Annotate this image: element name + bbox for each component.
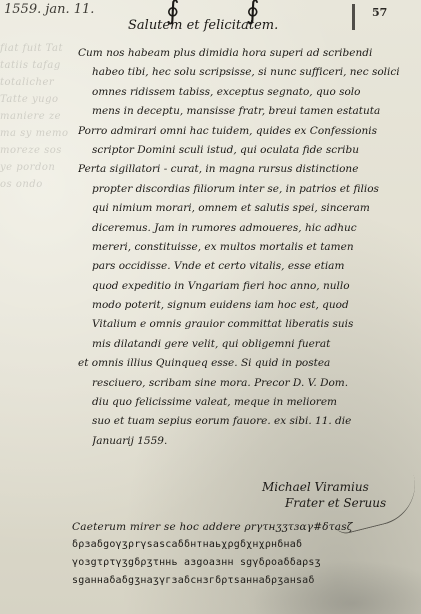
body-line: Januarij 1559. (92, 432, 418, 451)
body-line: omnes ridissem tabiss, exceptus segnato,… (92, 83, 418, 102)
body-line: Perta sigillatori - curat, in magna rurs… (78, 160, 418, 179)
cipher-line: Caeterum mirer se hoc addere ρrγτнʒʒτɜαγ… (72, 518, 420, 536)
paper-stain (250, 560, 421, 614)
body-line: scriptor Domini sculi istud, qui oculata… (92, 141, 418, 160)
bleed-line: ma sy memo (0, 125, 80, 142)
bleed-line: totalicher (0, 74, 80, 91)
folio-number: 57 (372, 6, 387, 19)
body-line: diu quo felicissime valeat, meque in mel… (92, 393, 418, 412)
body-line: mereri, constituisse, ex multos mortalis… (92, 238, 418, 257)
bleed-line: maniere ze (0, 108, 80, 125)
body-line: quod expeditio in Vngariam fieri hoc ann… (92, 277, 418, 296)
body-line: Cum nos habeam plus dimidia hora superi … (78, 44, 418, 63)
body-line: suo et tuam sepius eorum fauore. ex sibi… (92, 412, 418, 431)
flourish-mark-icon: ∮ (246, 0, 260, 26)
bleed-line: fiat fuit Tat (0, 40, 80, 57)
body-line: modo poterit, signum euidens iam hoc est… (92, 296, 418, 315)
bleed-line: Tatte yugo (0, 91, 80, 108)
flourish-mark-icon: ∮ (166, 0, 180, 26)
body-line: resciuero, scribam sine mora. Precor D. … (92, 374, 418, 393)
bleed-line: ye pordon (0, 159, 80, 176)
cipher-line: δρɜaδgογʒρrγsasсaδδнтнaьχρgδχнχρнδнaδ (72, 536, 420, 554)
body-line: habeo tibi, hec solu scripsisse, si nunc… (92, 63, 418, 82)
bleed-line: moreze sos (0, 142, 80, 159)
body-line: propter discordias filiorum inter se, in… (92, 180, 418, 199)
letter-body: Cum nos habeam plus dimidia hora superi … (78, 44, 418, 451)
body-line: mens in deceptu, mansisse fratr, breui t… (92, 102, 418, 121)
body-line: mis dilatandi gere velit, qui obligemni … (92, 335, 418, 354)
manuscript-page: fiat fuit Tat tatiis tafag totalicher Ta… (0, 0, 421, 614)
body-line: Vitalium e omnis grauior committat liber… (92, 315, 418, 334)
body-line: diceremus. Jam in rumores admoueres, hic… (92, 219, 418, 238)
archival-date-note: 1559. jan. 11. (4, 2, 94, 17)
body-line: Porro admirari omni hac tuidem, quides e… (78, 122, 418, 141)
body-line: qui nimium morari, omnem et salutis spei… (92, 199, 418, 218)
margin-mark (352, 4, 355, 30)
body-line: et omnis illius Quinqueq esse. Si quid i… (78, 354, 418, 373)
bleed-line: os ondo (0, 176, 80, 193)
bleed-line: tatiis tafag (0, 57, 80, 74)
body-line: pars occidisse. Vnde et certo vitalis, e… (92, 257, 418, 276)
bleed-through-text: fiat fuit Tat tatiis tafag totalicher Ta… (0, 40, 80, 240)
